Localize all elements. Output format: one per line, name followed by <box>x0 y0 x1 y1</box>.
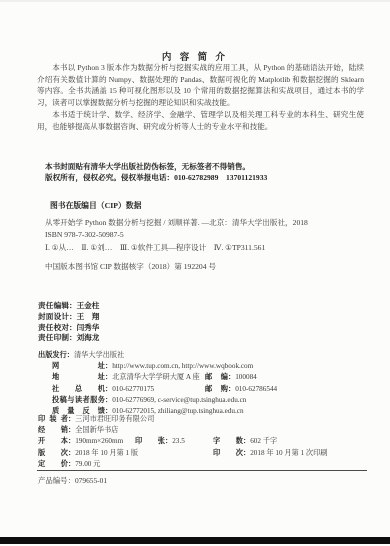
staff-label: 责任编辑 <box>38 301 69 312</box>
printer-value: 三河市君旺印务有限公司 <box>75 415 154 423</box>
staff-block: 责任编辑：王金柱 封面设计：王 翔 责任校对：闫秀华 责任印制：刘海龙 <box>38 301 99 344</box>
impression-label: 印次 <box>213 448 243 459</box>
address-value: 北京清华大学学研大厦 A 座 <box>112 373 199 381</box>
price-row: 定价：79.00 元 <box>38 459 368 470</box>
address-row: 地址：北京清华大学学研大厦 A 座 邮编：100084 <box>38 372 368 383</box>
website-urls: http://www.tup.com.cn, http://www.wqbook… <box>112 362 253 370</box>
sheets-label: 印张 <box>135 436 165 447</box>
staff-label: 责任校对 <box>38 323 69 334</box>
summary-paragraph-2: 本书适于统计学、数学、经济学、金融学、管理学以及相关理工科专业的本科生、研究生使… <box>37 109 364 132</box>
printer-row: 印装者：三河市君旺印务有限公司 <box>38 414 368 425</box>
sheets-pair: 印张：23.5 <box>135 436 185 447</box>
staff-row-editor: 责任编辑：王金柱 <box>38 301 99 312</box>
postcode-value: 100084 <box>235 373 257 381</box>
production-block: 印装者：三河市君旺印务有限公司 经销：全国新华书店 开本：190mm×260mm… <box>38 414 368 470</box>
cip-description: 从零开始学 Python 数据分析与挖掘 / 刘顺祥著. —北京：清华大学出版社… <box>45 217 365 229</box>
mailorder-pair: 邮购：010-62786544 <box>205 384 277 395</box>
rights-reserved-line: 版权所有，侵权必究。侵权举报电话：010-62782989 1370112193… <box>45 173 267 184</box>
website-row: 网址：http://www.tup.com.cn, http://www.wqb… <box>38 361 368 372</box>
copyright-page: 内 容 简 介 本书以 Python 3 版本作为数据分析与挖掘实战的应用工具，… <box>0 0 390 546</box>
staff-row-cover-design: 封面设计：王 翔 <box>38 312 99 323</box>
price-label: 定价 <box>38 459 68 470</box>
distributor-value: 全国新华书店 <box>75 426 118 434</box>
postcode-label: 邮编 <box>205 372 228 383</box>
reader-service-value: 010-62776969, c-service@tup.tsinghua.edu… <box>112 396 246 404</box>
staff-value: 闫秀华 <box>77 323 100 332</box>
postcode-pair: 邮编：100084 <box>205 372 257 383</box>
staff-value: 王金柱 <box>77 301 100 310</box>
sheets-value: 23.5 <box>172 437 185 445</box>
mailorder-label: 邮购 <box>205 384 228 395</box>
mailorder-value: 010-62786544 <box>235 385 277 393</box>
printer-label: 印装者 <box>38 414 68 425</box>
staff-row-print-supervisor: 责任印制：刘海龙 <box>38 333 99 344</box>
distributor-row: 经销：全国新华书店 <box>38 425 368 436</box>
cip-classification: Ⅰ. ①从… Ⅱ. ①刘… Ⅲ. ①软件工具—程序设计 Ⅳ. ①TP311.56… <box>45 242 265 253</box>
product-code-value: 079655-01 <box>75 476 107 485</box>
words-value: 602 千字 <box>250 437 277 445</box>
cip-header: 图书在版编目（CIP）数据 <box>50 200 141 211</box>
words-pair: 字数：602 千字 <box>213 436 277 447</box>
cip-registry-number: 中国版本图书馆 CIP 数据核字（2018）第 192204 号 <box>45 261 216 272</box>
switchboard-label: 社总机 <box>52 384 105 395</box>
publisher-name: 清华大学出版社 <box>74 351 124 359</box>
publisher-label: 出版发行 <box>38 351 67 359</box>
product-code-label: 产品编号 <box>38 476 68 485</box>
staff-value: 刘海龙 <box>77 333 100 342</box>
divider-rule <box>37 470 367 471</box>
publisher-block: 出版发行：清华大学出版社 网址：http://www.tup.com.cn, h… <box>38 350 368 417</box>
edition-label: 版次 <box>38 448 68 459</box>
format-value: 190mm×260mm <box>75 437 123 445</box>
impression-pair: 印次：2018 年 10 月第 1 次印刷 <box>213 448 327 459</box>
switchboard-row: 社总机：010-62770175 邮购：010-62786544 <box>38 384 368 395</box>
format-row: 开本：190mm×260mm 印张：23.5 字数：602 千字 <box>38 436 368 447</box>
edition-row: 版次：2018 年 10 月第 1 版 印次：2018 年 10 月第 1 次印… <box>38 448 368 459</box>
product-code: 产品编号：079655-01 <box>38 475 107 486</box>
summary-paragraph-1: 本书以 Python 3 版本作为数据分析与挖掘实战的应用工具，从 Python… <box>37 62 364 108</box>
staff-label: 责任印制 <box>38 333 69 344</box>
price-value: 79.00 元 <box>75 460 100 468</box>
page-bottom-edge <box>0 537 390 544</box>
edition-value: 2018 年 10 月第 1 版 <box>75 449 138 457</box>
anti-counterfeit-line: 本书封面贴有清华大学出版社防伪标签，无标签者不得销售。 <box>45 162 267 173</box>
staff-row-proofreader: 责任校对：闫秀华 <box>38 323 99 334</box>
cip-body: 从零开始学 Python 数据分析与挖掘 / 刘顺祥著. —北京：清华大学出版社… <box>45 217 365 241</box>
staff-label: 封面设计 <box>38 312 69 323</box>
impression-value: 2018 年 10 月第 1 次印刷 <box>250 449 327 457</box>
format-label: 开本 <box>38 436 68 447</box>
summary-title: 内 容 简 介 <box>0 49 390 63</box>
words-label: 字数 <box>213 436 243 447</box>
cip-isbn: ISBN 978-7-302-50987-5 <box>45 229 365 241</box>
page-top-edge <box>0 0 390 2</box>
publisher-row: 出版发行：清华大学出版社 <box>38 350 368 361</box>
staff-value: 王 翔 <box>77 312 100 321</box>
switchboard-value: 010-62770175 <box>112 385 154 393</box>
distributor-label: 经销 <box>38 425 68 436</box>
copyright-notice: 本书封面贴有清华大学出版社防伪标签，无标签者不得销售。 版权所有，侵权必究。侵权… <box>45 162 267 184</box>
address-label: 地址 <box>52 372 105 383</box>
reader-service-label: 投稿与读者服务 <box>52 395 105 406</box>
website-label: 网址 <box>52 361 105 372</box>
reader-service-row: 投稿与读者服务：010-62776969, c-service@tup.tsin… <box>38 395 368 406</box>
